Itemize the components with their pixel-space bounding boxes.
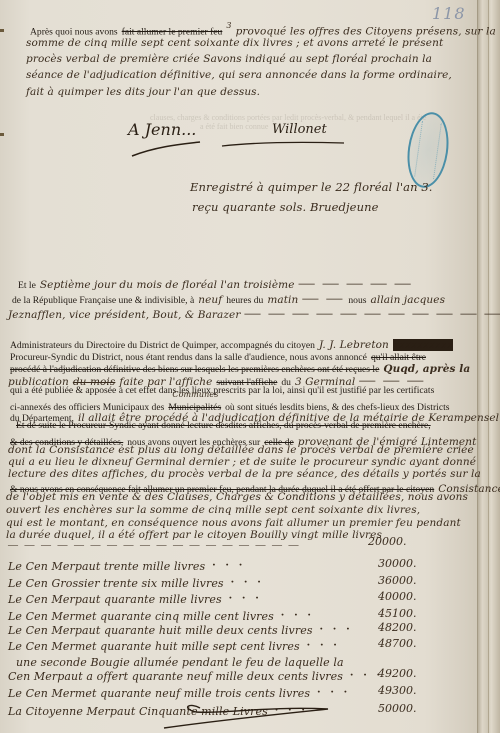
superscript-mark: 3 <box>226 21 231 30</box>
bid-amount: 49300. <box>378 684 417 697</box>
filler-dots: · · · <box>224 574 264 591</box>
bid-amount: 48200. <box>378 621 417 634</box>
form-line-14: de l'objet mis en vente & des Clauses, C… <box>6 491 468 503</box>
top-line-2: somme de cinq mille sept cent soixante d… <box>26 37 443 49</box>
signature-second: Willonet <box>272 122 327 137</box>
bid-text: Le Cen Mermet quarante huit mille sept c… <box>8 640 300 653</box>
bid-amount: 36000. <box>378 574 417 587</box>
second-line-3: Jeznafflen, vice président, Bout, & Bara… <box>8 305 500 323</box>
filler-dots: · · · <box>222 590 262 607</box>
bleed-through-text: a été fait bien connue <box>200 122 268 131</box>
top-line-4: séance de l'adjudication définitive, qui… <box>26 69 452 81</box>
top-line-3: procès verbal de première criée Savons i… <box>26 53 432 65</box>
bid-text: Le Cen Merpaut quarante huit mille deux … <box>8 624 313 637</box>
bid-text: Le Cen Merpaut trente mille livres <box>8 560 205 573</box>
book-binding-edge <box>477 0 500 733</box>
struck-printed-text: fait allumer le premier feu <box>122 26 223 37</box>
bid-amount: 50000. <box>378 702 417 715</box>
handwritten-text: provoqué les offres des Citoyens présens… <box>236 25 496 37</box>
bid-amount: 45100. <box>378 607 417 620</box>
form-line-11: qui a eu lieu le dixneuf Germinal dernie… <box>8 456 476 468</box>
filler-dots: · · · <box>205 557 245 574</box>
bid-text: Le Cen Merpaut quarante mille livres <box>8 593 222 606</box>
signature-flourish-first <box>128 140 208 160</box>
bid-text: Le Cen Grossier trente six mille livres <box>8 577 224 590</box>
filler-dashes: — — — — — — — — — — — <box>244 305 500 322</box>
bid-amount: 40000. <box>378 590 417 603</box>
bid-row: Le Cen Merpaut quarante mille livres · ·… <box>8 590 262 608</box>
bid-row: Le Cen Merpaut trente mille livres · · · <box>8 557 245 575</box>
top-line-5: fait à quimper les dits jour l'an que de… <box>26 86 260 98</box>
bid-row: Cen Merpaut a offert quarante neuf mille… <box>8 667 383 685</box>
bid-text: Le Cen Mermet quarante neuf mille trois … <box>8 687 310 700</box>
registration-line-1: Enregistré à quimper le 22 floréal l'an … <box>190 180 433 194</box>
filler-dashes: — — — — — — — — — — — — — — — — — — <box>8 540 301 551</box>
form-line-5: qui a été publiée & apposée à cet effet … <box>10 385 434 396</box>
bid-amount: 30000. <box>378 557 417 570</box>
filler-dots: · · · <box>310 684 350 701</box>
signature-first: A Jenn... <box>128 120 196 139</box>
margin-mark <box>0 133 4 136</box>
closing-flourish <box>160 700 340 730</box>
margin-mark <box>0 29 4 32</box>
handwritten-text: Jeznafflen, vice président, Bout, & Bara… <box>8 309 240 321</box>
filler-dots: · · · <box>343 667 383 684</box>
form-line-16: qui est le montant, en conséquence nous … <box>6 517 461 529</box>
bid-amount: 49200. <box>378 667 417 680</box>
bid-amount: 48700. <box>378 637 417 650</box>
form-line-8: Et de suite le Procureur-Syndic ayant do… <box>16 420 431 431</box>
form-line-10: dont la Consistance est plus au long dét… <box>8 444 474 456</box>
signature-flourish-second <box>218 140 348 150</box>
bid-amount-first: 20000. <box>368 535 407 548</box>
printed-text: Après quoi nous avons <box>30 26 118 37</box>
registration-line-2: reçu quarante sols. Bruedjeune <box>192 200 379 214</box>
filler-dots: · · · <box>300 637 340 654</box>
form-line-15: ouvert les enchères sur la somme de cinq… <box>6 504 420 516</box>
bid-text: Cen Merpaut a offert quarante neuf mille… <box>8 670 343 683</box>
handwritten-correction: Communes <box>172 390 218 399</box>
document-page: 118 clauses, charges & conditions portée… <box>0 0 500 733</box>
filler-dots: · · · <box>313 621 353 638</box>
